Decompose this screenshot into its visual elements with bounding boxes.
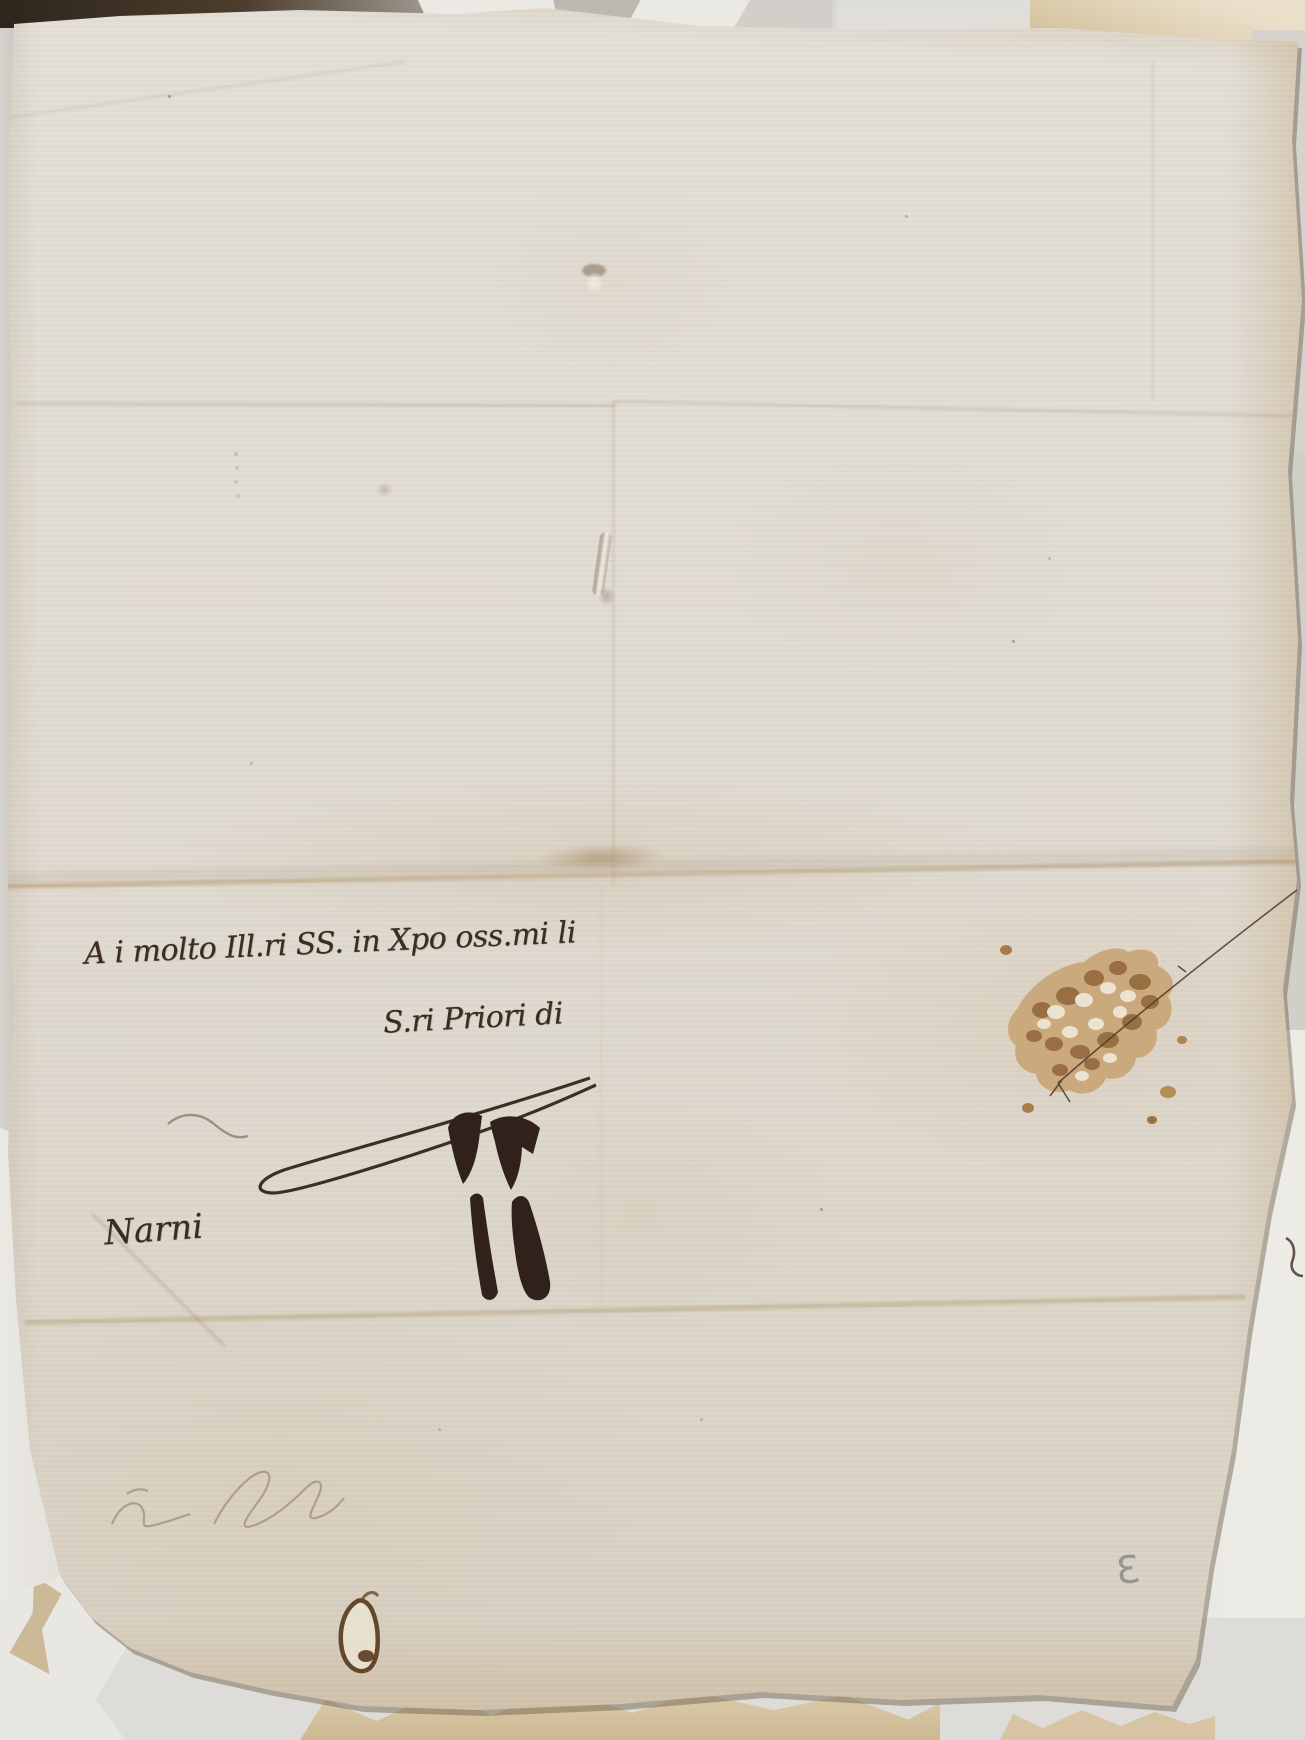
pinhole <box>585 272 604 294</box>
fold-crease-lower <box>24 1294 1246 1325</box>
letter-sheet: A i molto Ill.ri SS. in Xpo oss.mi li S.… <box>0 0 1305 1740</box>
fold-crease-vertical-faint <box>600 888 602 1308</box>
photo-of-letter: A i molto Ill.ri SS. in Xpo oss.mi li S.… <box>0 0 1305 1740</box>
fold-crease-vertical <box>612 402 615 886</box>
address-line-1: A i molto Ill.ri SS. in Xpo oss.mi li <box>83 915 576 971</box>
crease-diagonal-top-left <box>0 60 406 123</box>
faint-dot-column <box>234 452 238 456</box>
paper-blemish <box>376 482 393 497</box>
address-line-2: S.ri Priori di <box>382 996 564 1040</box>
folio-number: 3 <box>1114 1547 1143 1593</box>
small-tear-shadow <box>598 586 615 606</box>
paper-specks <box>168 95 171 98</box>
place-name: Narni <box>103 1207 205 1254</box>
fold-crease-upper-right <box>612 400 1300 417</box>
fold-crease-vertical-right <box>1152 60 1154 400</box>
fold-crease-upper-left <box>16 402 616 407</box>
